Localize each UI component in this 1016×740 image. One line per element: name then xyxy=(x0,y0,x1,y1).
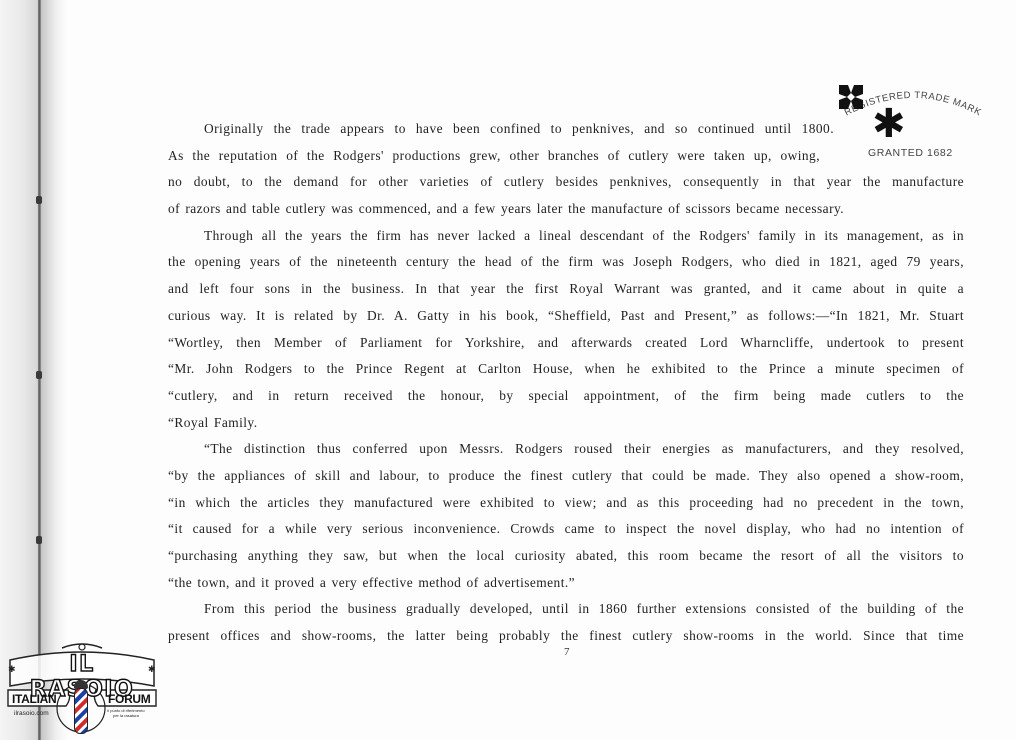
binding-staple xyxy=(36,536,42,544)
facing-page-edge xyxy=(0,0,40,740)
text-line: As the reputation of the Rodgers' produc… xyxy=(168,143,820,170)
text-line: Originally the trade appears to have bee… xyxy=(168,116,834,143)
text-line: “purchasing anything they saw, but when … xyxy=(168,543,964,570)
logo-tagline: il punto di riferimento per la rasatura xyxy=(106,708,146,718)
il-rasoio-watermark-logo: ✱ ✱ IL RASOIO ITALIAN FORUM ilrasoio.com… xyxy=(2,642,162,738)
maltese-cross-icon xyxy=(838,84,864,110)
text-line: “The distinction thus conferred upon Mes… xyxy=(168,436,964,463)
text-line: and left four sons in the business. In t… xyxy=(168,276,964,303)
text-line: From this period the business gradually … xyxy=(168,596,964,623)
text-line: “cutlery, and in return received the hon… xyxy=(168,383,964,410)
barber-pole-icon xyxy=(74,688,88,734)
scanned-book-page: REGISTERED TRADE MARK ✱ GRANTED 1682 Ori… xyxy=(0,0,1016,740)
text-line: “Wortley, then Member of Parliament for … xyxy=(168,330,964,357)
binding-staple xyxy=(36,371,42,379)
text-line: “Royal Family. xyxy=(168,410,964,437)
logo-ornament-icon: ✱ xyxy=(148,664,156,675)
text-line: curious way. It is related by Dr. A. Gat… xyxy=(168,303,964,330)
page-number: 7 xyxy=(564,646,570,658)
text-line: “Mr. John Rodgers to the Prince Regent a… xyxy=(168,356,964,383)
paragraph-origins: Originally the trade appears to have bee… xyxy=(168,116,964,223)
text-line: “it caused for a while very serious inco… xyxy=(168,516,964,543)
paragraph-distinction-quote: “The distinction thus conferred upon Mes… xyxy=(168,436,964,596)
logo-ornament-icon: ✱ xyxy=(8,664,16,675)
body-text: Originally the trade appears to have bee… xyxy=(168,116,964,650)
text-line: “by the appliances of skill and labour, … xyxy=(168,463,964,490)
text-line: “in which the articles they manufactured… xyxy=(168,490,964,517)
paragraph-development: From this period the business gradually … xyxy=(168,596,964,649)
logo-right-label: FORUM xyxy=(108,692,151,706)
gutter-shadow xyxy=(41,0,67,740)
logo-site: ilrasoio.com xyxy=(14,710,49,717)
text-line: no doubt, to the demand for other variet… xyxy=(168,169,964,196)
text-line: Through all the years the firm has never… xyxy=(168,223,964,250)
text-line: the opening years of the nineteenth cent… xyxy=(168,249,964,276)
paragraph-lineage: Through all the years the firm has never… xyxy=(168,223,964,437)
text-line: “the town, and it proved a very effectiv… xyxy=(168,570,964,597)
text-line: of razors and table cutlery was commence… xyxy=(168,196,964,223)
binding-staple xyxy=(36,196,42,204)
logo-left-label: ITALIAN xyxy=(12,692,56,706)
